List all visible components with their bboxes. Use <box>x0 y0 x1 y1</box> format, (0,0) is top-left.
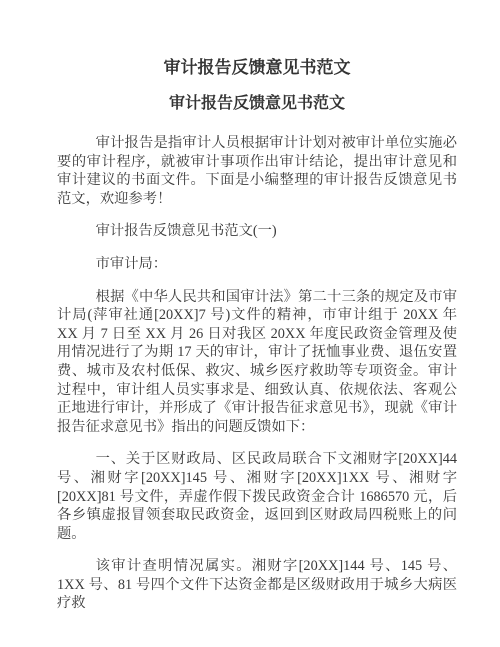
document-title: 审计报告反馈意见书范文 <box>57 57 457 79</box>
document-subtitle: 审计报告反馈意见书范文 <box>57 93 457 114</box>
intro-paragraph: 审计报告是指审计人员根据审计计划对被审计单位实施必要的审计程序，就被审计事项作出… <box>57 134 457 208</box>
finding-paragraph: 该审计查明情况属实。湘财字[20XX]144 号、145 号、1XX 号、81 … <box>57 557 457 613</box>
audit-basis-paragraph: 根据《中华人民共和国审计法》第二十三条的规定及市审计局(萍审社通[20XX]7 … <box>57 288 457 437</box>
document-page: 审计报告反馈意见书范文 审计报告反馈意见书范文 审计报告是指审计人员根据审计计划… <box>0 0 500 647</box>
section-heading: 审计报告反馈意见书范文(一) <box>57 222 457 241</box>
salutation: 市审计局： <box>57 255 457 274</box>
issue-one-paragraph: 一、关于区财政局、区民政局联合下文湘财字[20XX]44 号、湘财字[20XX]… <box>57 450 457 543</box>
document-content: 审计报告反馈意见书范文 审计报告反馈意见书范文 审计报告是指审计人员根据审计计划… <box>57 57 457 613</box>
